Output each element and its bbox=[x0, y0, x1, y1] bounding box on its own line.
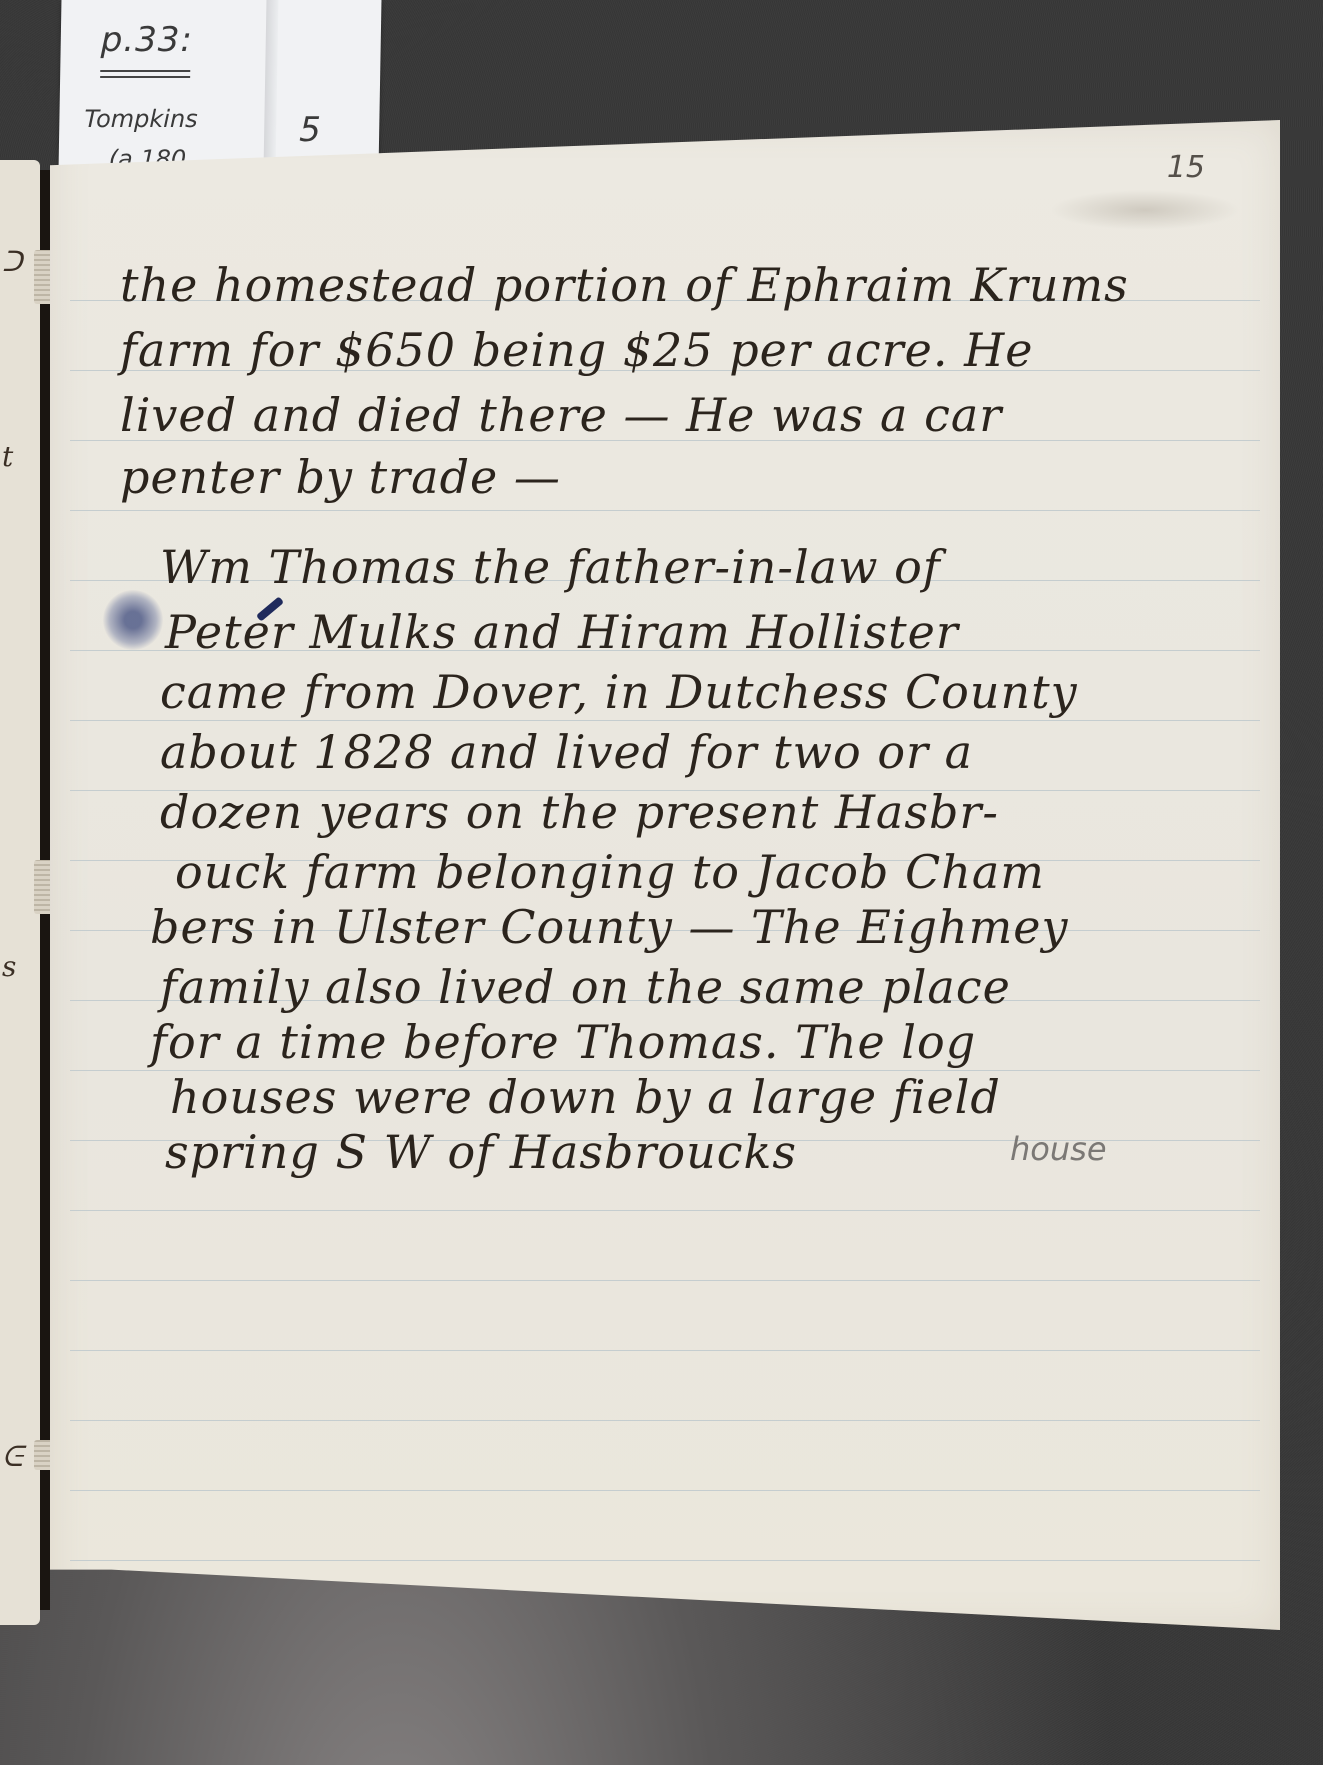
ruled-line bbox=[70, 1420, 1260, 1421]
ruled-line bbox=[70, 1350, 1260, 1351]
text-line: Wm Thomas the father-in-law of bbox=[160, 540, 941, 594]
reference-slip: p.33: Tompkins 5 (a 180 bbox=[59, 0, 382, 170]
ruled-line bbox=[70, 1280, 1260, 1281]
slip-page-ref: p.33: bbox=[100, 20, 193, 60]
text-line: bers in Ulster County — The Eighmey bbox=[150, 900, 1068, 954]
text-line: family also lived on the same place bbox=[160, 960, 1011, 1014]
left-page-mark: ᑐ bbox=[2, 245, 22, 278]
text-line: came from Dover, in Dutchess County bbox=[160, 665, 1078, 719]
page-number: 15 bbox=[1167, 150, 1205, 185]
text-line: Peter Mulks and Hiram Hollister bbox=[165, 605, 959, 659]
text-line: for a time before Thomas. The log bbox=[150, 1015, 976, 1069]
slip-fold bbox=[264, 0, 279, 170]
slip-underline bbox=[100, 70, 190, 78]
text-line: the homestead portion of Ephraim Krums bbox=[120, 258, 1129, 312]
ruled-line bbox=[70, 510, 1260, 511]
text-line: penter by trade — bbox=[120, 450, 561, 504]
ruled-line bbox=[70, 1560, 1260, 1561]
text-line: about 1828 and lived for two or a bbox=[160, 725, 973, 779]
slip-name: Tompkins bbox=[84, 105, 198, 133]
text-line: houses were down by a large field bbox=[170, 1070, 1001, 1124]
text-line: lived and died there — He was a car bbox=[120, 388, 1002, 442]
left-page-mark: t bbox=[2, 440, 13, 473]
text-line: farm for $650 being $25 per acre. He bbox=[120, 323, 1033, 377]
ruled-line bbox=[70, 1490, 1260, 1491]
ruled-line bbox=[70, 720, 1260, 721]
pencil-annotation: house bbox=[1010, 1130, 1107, 1168]
text-line: dozen years on the present Hasbr- bbox=[160, 785, 999, 839]
left-page-mark: ᕮ bbox=[2, 1440, 23, 1474]
page-stain bbox=[1050, 190, 1240, 230]
slip-mark: 5 bbox=[299, 110, 321, 150]
ink-scribble-strikeout bbox=[103, 590, 163, 650]
text-line: spring S W of Hasbroucks bbox=[165, 1125, 797, 1179]
left-page-mark: s bbox=[2, 950, 16, 983]
text-line: ouck farm belonging to Jacob Cham bbox=[175, 845, 1045, 899]
ruled-line bbox=[70, 1210, 1260, 1211]
